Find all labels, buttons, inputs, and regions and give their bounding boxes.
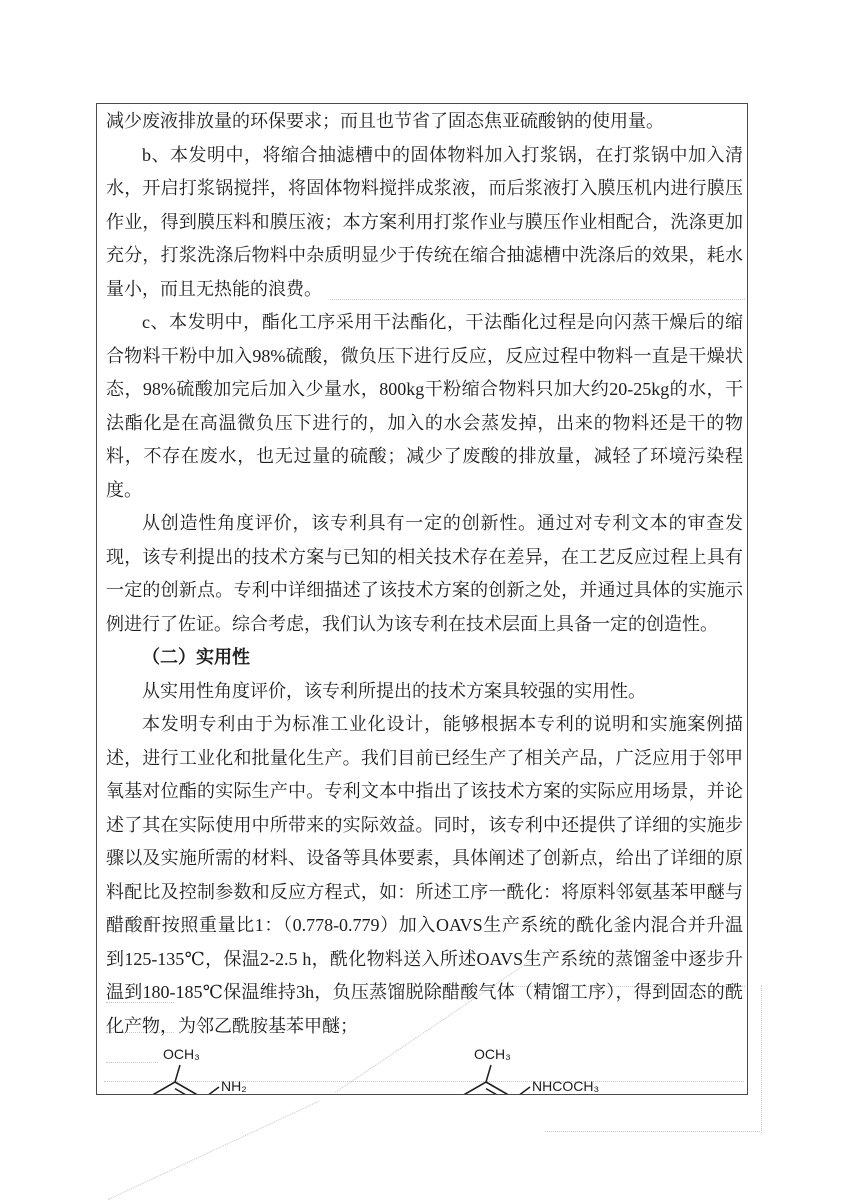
scan-artifact: [108, 1101, 319, 1200]
product-amide-label: NHCOCH₃: [532, 1078, 599, 1094]
paragraph-creativity-evaluation: 从创造性角度评价，该专利具有一定的创新性。通过对专利文本的审查发现，该专利提出的…: [106, 507, 743, 641]
paragraph-practicality-detail: 本发明专利由于为标准工业化设计，能够根据本专利的说明和实施案例描述，进行工业化和…: [106, 708, 743, 1043]
benzene-ring-icon: [146, 1082, 203, 1095]
product-methoxy-label: OCH₃: [474, 1046, 511, 1062]
benzene-ring-icon: [458, 1082, 515, 1095]
section-heading-practicality: （二）实用性: [106, 641, 743, 675]
reaction-equation: 2 OCH₃ NH₂ + (CH₃CO)₂O 2 OCH₃ NHCOCH: [106, 1045, 743, 1095]
paragraph-continuation: 减少废液排放量的环保要求；而且也节省了固态焦亚硫酸钠的使用量。: [106, 105, 743, 139]
paragraph-item-c: c、本发明中，酯化工序采用干法酯化，干法酯化过程是向闪蒸干燥后的缩合物料干粉中加…: [106, 306, 743, 507]
document-frame: 减少废液排放量的环保要求；而且也节省了固态焦亚硫酸钠的使用量。 b、本发明中，将…: [96, 103, 748, 1095]
reactant-amine-label: NH₂: [221, 1078, 247, 1094]
reactant-methoxy-label: OCH₃: [163, 1046, 200, 1062]
paragraph-practicality-intro: 从实用性角度评价，该专利所提出的技术方案具较强的实用性。: [106, 675, 743, 709]
scan-artifact: [761, 985, 762, 1133]
scan-artifact: [545, 1131, 760, 1132]
reactant-structure: OCH₃ NH₂: [129, 1045, 261, 1095]
paragraph-item-b: b、本发明中，将缩合抽滤槽中的固体物料加入打浆锅，在打浆锅中加入清水，开启打浆锅…: [106, 139, 743, 307]
product-structure: OCH₃ NHCOCH₃: [440, 1045, 608, 1095]
page: { "page": { "background": "#ffffff", "bo…: [0, 0, 849, 1200]
